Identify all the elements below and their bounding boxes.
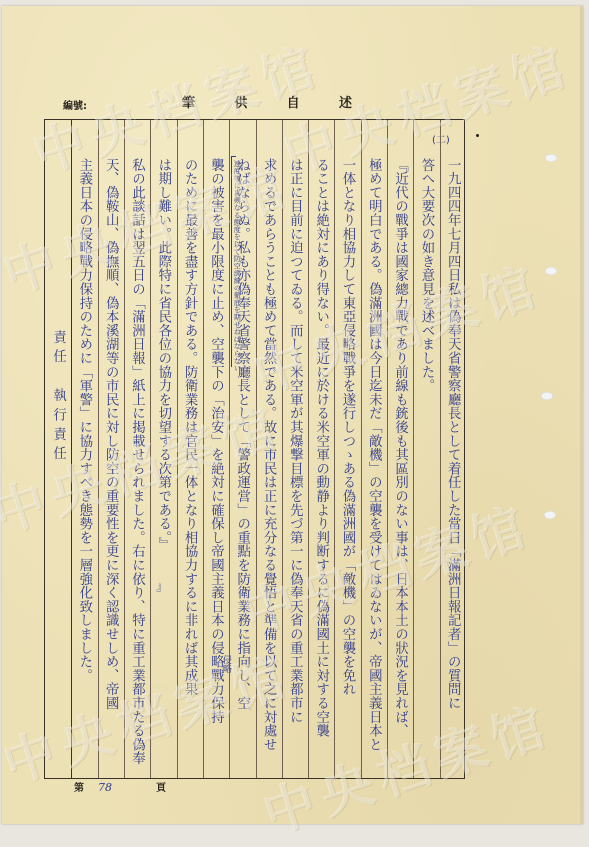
manuscript-column: 責任 執行責任 <box>51 330 64 466</box>
column-rule <box>256 120 257 778</box>
insert-bracket <box>231 156 236 367</box>
page-prefix: 第 <box>74 779 84 794</box>
binding-hole <box>545 154 557 162</box>
document-page: 中央档案馆 中央档案馆 中央档案馆 中央档案馆 中央档案馆 中央档案馆 中央档案… <box>2 6 583 824</box>
column-rule <box>361 120 362 778</box>
column-rule <box>150 120 151 778</box>
form-number-label: 編號: <box>63 97 87 112</box>
binding-hole <box>545 267 557 275</box>
column-rule <box>334 120 335 778</box>
form-title-char: 供 <box>234 92 247 111</box>
column-rule <box>124 120 125 778</box>
column-rule <box>440 120 441 778</box>
column-rule <box>413 120 414 778</box>
manuscript-column: のために最善を盡す方針である。防衛業務は官民一体となり相協力するに非れば其成果 <box>183 158 196 696</box>
manuscript-grid: 一九四四年七月四日私は偽奉天省警察廳長として着任した當日「滿洲日報記者」の質問に… <box>44 119 465 779</box>
manuscript-column: 答へ大要次の如き意見を述べました。 <box>420 158 433 393</box>
binding-hole <box>544 511 556 519</box>
page-footer: 第 78 頁 <box>74 779 194 794</box>
page-edge <box>580 6 583 824</box>
manuscript-column: 極めて明白である。偽滿洲國は今日迄未だ「敵機」の空襲を受けてはゐないが、帝國主義… <box>367 158 380 751</box>
form-title-char: 述 <box>339 92 352 111</box>
form-title: 筆 供 自 述 <box>182 92 352 111</box>
manuscript-column: 一九四四年七月四日私は偽奉天省警察廳長として着任した當日「滿洲日報記者」の質問に <box>446 158 459 710</box>
page-number: 78 <box>98 781 136 794</box>
column-rule <box>229 120 230 778</box>
binding-hole <box>541 392 553 400</box>
quote-close-mark: 』 <box>156 578 167 594</box>
column-rule <box>98 120 99 778</box>
manuscript-column: 求めるであらうことも極めて當然である。故に市民は正に充分なる覺悟と準備を以て之に… <box>262 158 275 751</box>
manuscript-column: ることは絶対にあり得ない。最近に於ける米空軍の動静より判断するに偽滿國土に対する… <box>314 158 327 738</box>
manuscript-column: 主義日本の侵略戰力保持のために「軍警」に協力すべき態勢を一層強化致しました。 <box>77 158 90 682</box>
column-rule <box>177 120 178 778</box>
manuscript-column: 襲の被害を最小限度に止め、空襲下の「治安」を絶対に確保し帝國主義日本の侵略戰力保… <box>209 158 222 724</box>
manuscript-column: は期し難い。此際特に省民各位の協力を切望する次第である。』 <box>156 158 169 552</box>
margin-dot <box>476 134 479 137</box>
page-suffix: 頁 <box>156 779 166 794</box>
column-rule <box>387 120 388 778</box>
manuscript-column: 天、偽鞍山、偽撫順、偽本溪湖等の市民に対し防空の重要性を更に深く認識せしめ、帝國 <box>104 158 117 710</box>
form-title-char: 自 <box>287 92 300 111</box>
form-title-char: 筆 <box>182 92 195 111</box>
column-rule <box>308 120 309 778</box>
column-rule <box>71 120 72 778</box>
manuscript-column: は正に目前に迫つてゐる。而して米空軍が其爆撃目標を先づ第一に偽奉天省の重工業都市… <box>288 158 301 724</box>
inserted-word: 侵略 <box>221 655 230 674</box>
manuscript-column: 『近代の戰爭は國家總力戰であり前線も銃後も其區別のない事は、日本本土の狀況を見れ… <box>393 158 406 738</box>
manuscript-column: 一体となり相協力して東亞侵略戰爭を遂行しつゝある偽滿洲國が「敵機」の空襲を免れ <box>341 158 354 696</box>
column-rule <box>203 120 204 778</box>
column-rule <box>282 120 283 778</box>
manuscript-column: 私の此談話は翌五日の「滿洲日報」紙上に掲載せられました。右に依り、特に重工業都市… <box>130 158 143 765</box>
